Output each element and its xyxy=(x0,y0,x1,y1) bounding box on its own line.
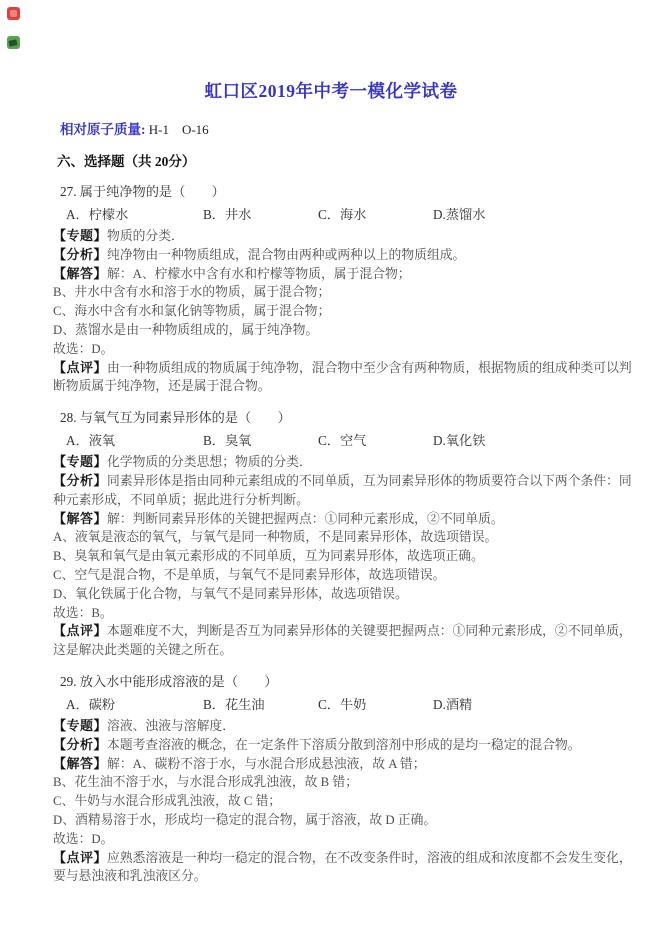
answer-line: 【点评】由一种物质组成的物质属于纯净物，混合物中至少含有两种物质，根据物质的组成… xyxy=(53,359,642,397)
question-stem: 与氧气互为同素异形体的是（ ） xyxy=(80,410,291,425)
answer-line: 【点评】本题难度不大，判断是否互为同素异形体的关键要把握两点：①同种元素形成，②… xyxy=(53,622,642,660)
answer-section-label: 【专题】 xyxy=(53,718,107,733)
answer-line: 【分析】本题考查溶液的概念，在一定条件下溶质分散到溶剂中形成的是均一稳定的混合物… xyxy=(53,736,642,755)
question-line: 28. 与氧气互为同素异形体的是（ ） xyxy=(60,406,642,430)
option: D.氧化铁 xyxy=(433,430,485,451)
option: C．空气 xyxy=(318,430,433,451)
answer-line: B、井水中含有水和溶于水的物质，属于混合物； xyxy=(53,283,642,302)
answer-line: 【专题】化学物质的分类思想；物质的分类． xyxy=(53,453,642,472)
answer-line: C、空气是混合物，不是单质，与氧气不是同素异形体，故选项错误。 xyxy=(53,566,642,585)
answer-line: 【解答】解：A、柠檬水中含有水和柠檬等物质，属于混合物； xyxy=(53,265,642,284)
option: A．液氧 xyxy=(66,430,203,451)
exam-paper-page: 虹口区2019年中考一模化学试卷 相对原子质量: H-1 O-16 六、选择题（… xyxy=(0,0,662,936)
answer-line: 故选：D。 xyxy=(53,830,642,849)
question-stem: 属于纯净物的是（ ） xyxy=(80,184,225,199)
red-square-marker-icon xyxy=(7,7,20,20)
answer-line: D、蒸馏水是由一种物质组成的，属于纯净物。 xyxy=(53,321,642,340)
answer-section-label: 【专题】 xyxy=(53,454,107,469)
section-heading: 六、选择题（共 20分） xyxy=(57,150,662,170)
question-number: 28. xyxy=(60,410,80,425)
question-line: 29. 放入水中能形成溶液的是（ ） xyxy=(60,670,642,694)
answer-line: C、海水中含有水和氯化钠等物质，属于混合物； xyxy=(53,302,642,321)
option: D.蒸馏水 xyxy=(433,204,485,225)
question-stem: 放入水中能形成溶液的是（ ） xyxy=(80,674,278,689)
answer-section-label: 【解答】 xyxy=(53,511,107,526)
answer-section-label: 【分析】 xyxy=(53,737,107,752)
answer-lines: 【专题】物质的分类．【分析】纯净物由一种物质组成，混合物由两种或两种以上的物质组… xyxy=(0,227,662,396)
answer-line: 【分析】同素异形体是指由同种元素组成的不同单质，互为同素异形体的物质要符合以下两… xyxy=(53,472,642,510)
answer-lines: 【专题】溶液、浊液与溶解度．【分析】本题考查溶液的概念，在一定条件下溶质分散到溶… xyxy=(0,717,662,886)
answer-line: 【解答】解：判断同素异形体的关键把握两点：①同种元素形成，②不同单质。 xyxy=(53,510,642,529)
answer-line: C、牛奶与水混合形成乳浊液，故 C 错； xyxy=(53,792,642,811)
answer-section-label: 【分析】 xyxy=(53,473,107,488)
option: A．碳粉 xyxy=(66,694,203,715)
answer-line: 【分析】纯净物由一种物质组成，混合物由两种或两种以上的物质组成。 xyxy=(53,246,642,265)
atomic-mass-label: 相对原子质量: xyxy=(60,122,146,137)
question-number: 27. xyxy=(60,184,80,199)
option: C．牛奶 xyxy=(318,694,433,715)
answer-section-label: 【点评】 xyxy=(53,623,107,638)
answer-line: 故选：B。 xyxy=(53,604,642,623)
option: D.酒精 xyxy=(433,694,472,715)
options-row: A．液氧B．臭氧C．空气D.氧化铁 xyxy=(66,430,642,451)
options-row: A．柠檬水B．井水C．海水D.蒸馏水 xyxy=(66,204,642,225)
answer-lines: 【专题】化学物质的分类思想；物质的分类．【分析】同素异形体是指由同种元素组成的不… xyxy=(0,453,662,660)
option: B．花生油 xyxy=(203,694,318,715)
option: B．井水 xyxy=(203,204,318,225)
question-block: 28. 与氧气互为同素异形体的是（ ） A．液氧B．臭氧C．空气D.氧化铁 【专… xyxy=(0,406,662,660)
answer-section-label: 【解答】 xyxy=(53,756,107,771)
answer-section-label: 【点评】 xyxy=(53,850,107,865)
answer-section-label: 【专题】 xyxy=(53,228,107,243)
answer-section-label: 【分析】 xyxy=(53,247,107,262)
answer-line: A、液氧是液态的氧气，与氧气是同一种物质，不是同素异形体，故选项错误。 xyxy=(53,528,642,547)
answer-section-label: 【解答】 xyxy=(53,266,107,281)
answer-line: 【点评】应熟悉溶液是一种均一稳定的混合物，在不改变条件时，溶液的组成和浓度都不会… xyxy=(53,849,642,887)
option: C．海水 xyxy=(318,204,433,225)
answer-line: B、花生油不溶于水，与水混合形成乳浊液，故 B 错； xyxy=(53,773,642,792)
questions-container: 27. 属于纯净物的是（ ） A．柠檬水B．井水C．海水D.蒸馏水 【专题】物质… xyxy=(0,180,662,886)
answer-line: 【专题】溶液、浊液与溶解度． xyxy=(53,717,642,736)
answer-section-label: 【点评】 xyxy=(53,360,107,375)
options-row: A．碳粉B．花生油C．牛奶D.酒精 xyxy=(66,694,642,715)
page-title: 虹口区2019年中考一模化学试卷 xyxy=(30,78,632,103)
option: B．臭氧 xyxy=(203,430,318,451)
answer-line: 【专题】物质的分类． xyxy=(53,227,642,246)
green-square-marker-icon xyxy=(7,36,20,49)
answer-line: D、酒精易溶于水，形成均一稳定的混合物，属于溶液，故 D 正确。 xyxy=(53,811,642,830)
question-block: 29. 放入水中能形成溶液的是（ ） A．碳粉B．花生油C．牛奶D.酒精 【专题… xyxy=(0,670,662,886)
atomic-mass-line: 相对原子质量: H-1 O-16 xyxy=(60,118,662,138)
answer-line: 【解答】解：A、碳粉不溶于水，与水混合形成悬浊液，故 A 错； xyxy=(53,755,642,774)
answer-line: D、氧化铁属于化合物，与氧气不是同素异形体，故选项错误。 xyxy=(53,585,642,604)
atomic-mass-values: H-1 O-16 xyxy=(149,122,209,137)
question-block: 27. 属于纯净物的是（ ） A．柠檬水B．井水C．海水D.蒸馏水 【专题】物质… xyxy=(0,180,662,396)
option: A．柠檬水 xyxy=(66,204,203,225)
question-line: 27. 属于纯净物的是（ ） xyxy=(60,180,642,204)
answer-line: B、臭氧和氧气是由氧元素形成的不同单质，互为同素异形体，故选项正确。 xyxy=(53,547,642,566)
answer-line: 故选：D。 xyxy=(53,340,642,359)
question-number: 29. xyxy=(60,674,80,689)
